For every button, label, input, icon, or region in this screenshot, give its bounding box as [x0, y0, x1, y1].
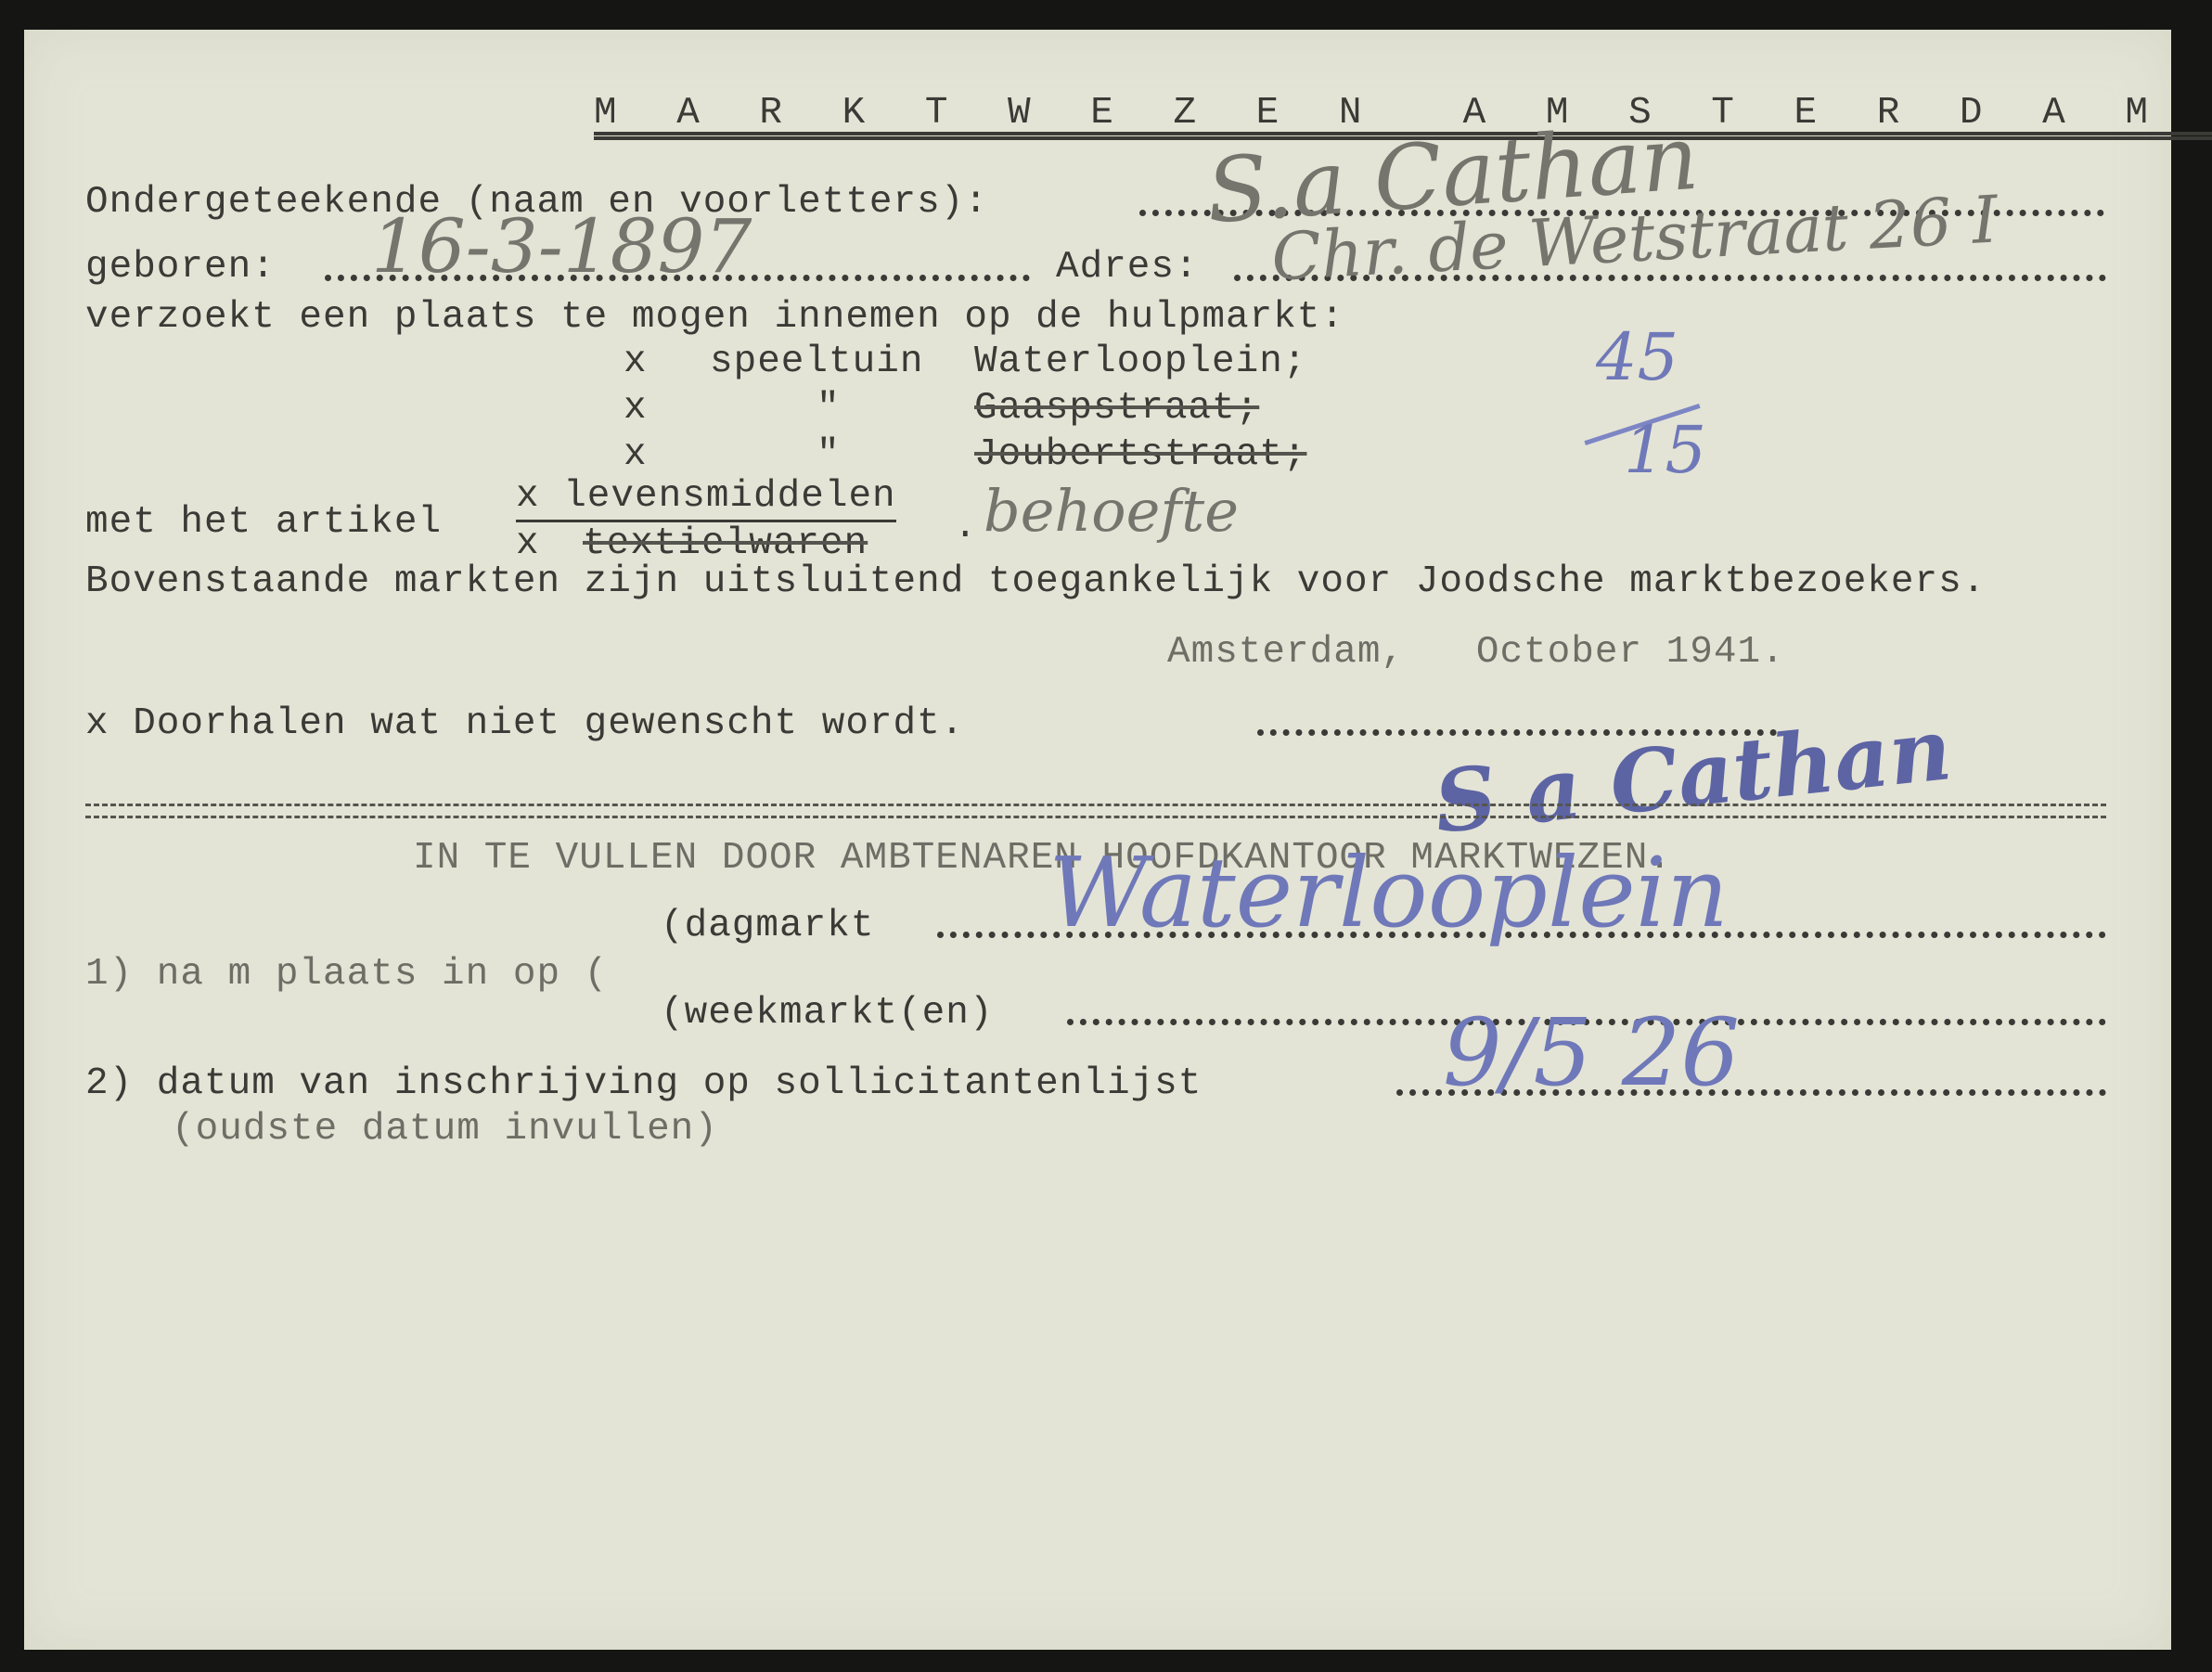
footnote-strike-instruction: x Doorhalen wat niet gewenscht wordt. [85, 705, 964, 743]
article-option2-mark: x [516, 525, 540, 563]
margin-note-top: 45 [1596, 325, 1678, 390]
article-handwritten-note: behoefte [984, 482, 1239, 540]
dagmarkt-handwritten: Waterlooplein [1048, 844, 1729, 941]
item1-label: 1) na m plaats in op ( [85, 956, 608, 994]
article-period: . [954, 508, 978, 547]
market-mark: x [624, 390, 648, 428]
place-date: Amsterdam, October 1941. [1167, 634, 1785, 672]
notice-text: Bovenstaande markten zijn uitsluitend to… [85, 563, 1986, 601]
market-prefix: " [817, 390, 841, 428]
market-prefix: speeltuin [710, 343, 923, 381]
margin-note-bottom: 15 [1624, 418, 1706, 482]
market-waterlooplein: Waterlooplein; [974, 343, 1306, 381]
weekmarkt-label: (weekmarkt(en) [661, 995, 993, 1033]
article-option-textielwaren: textielwaren [583, 525, 868, 563]
dagmarkt-label: (dagmarkt [661, 907, 874, 945]
market-prefix: " [817, 436, 841, 474]
item2-sub-label: (oudste datum invullen) [172, 1111, 718, 1149]
born-label: geboren: [85, 249, 276, 287]
section-divider [85, 804, 2106, 818]
market-mark: x [624, 343, 648, 381]
address-label: Adres: [1056, 249, 1199, 287]
item2-label: 2) datum van inschrijving op sollicitant… [85, 1065, 1202, 1103]
item2-handwritten-date: 9/5 26 [1443, 1007, 1740, 1100]
request-text: verzoekt een plaats te mogen innemen op … [85, 299, 1344, 337]
market-joubertstraat: Joubertstraat; [974, 436, 1306, 474]
born-handwritten: 16-3-1897 [371, 210, 752, 284]
market-gaaspstraat: Gaaspstraat; [974, 390, 1259, 428]
article-option-levensmiddelen: x levensmiddelen [516, 478, 896, 522]
market-mark: x [624, 436, 648, 474]
article-label: met het artikel [85, 504, 442, 542]
